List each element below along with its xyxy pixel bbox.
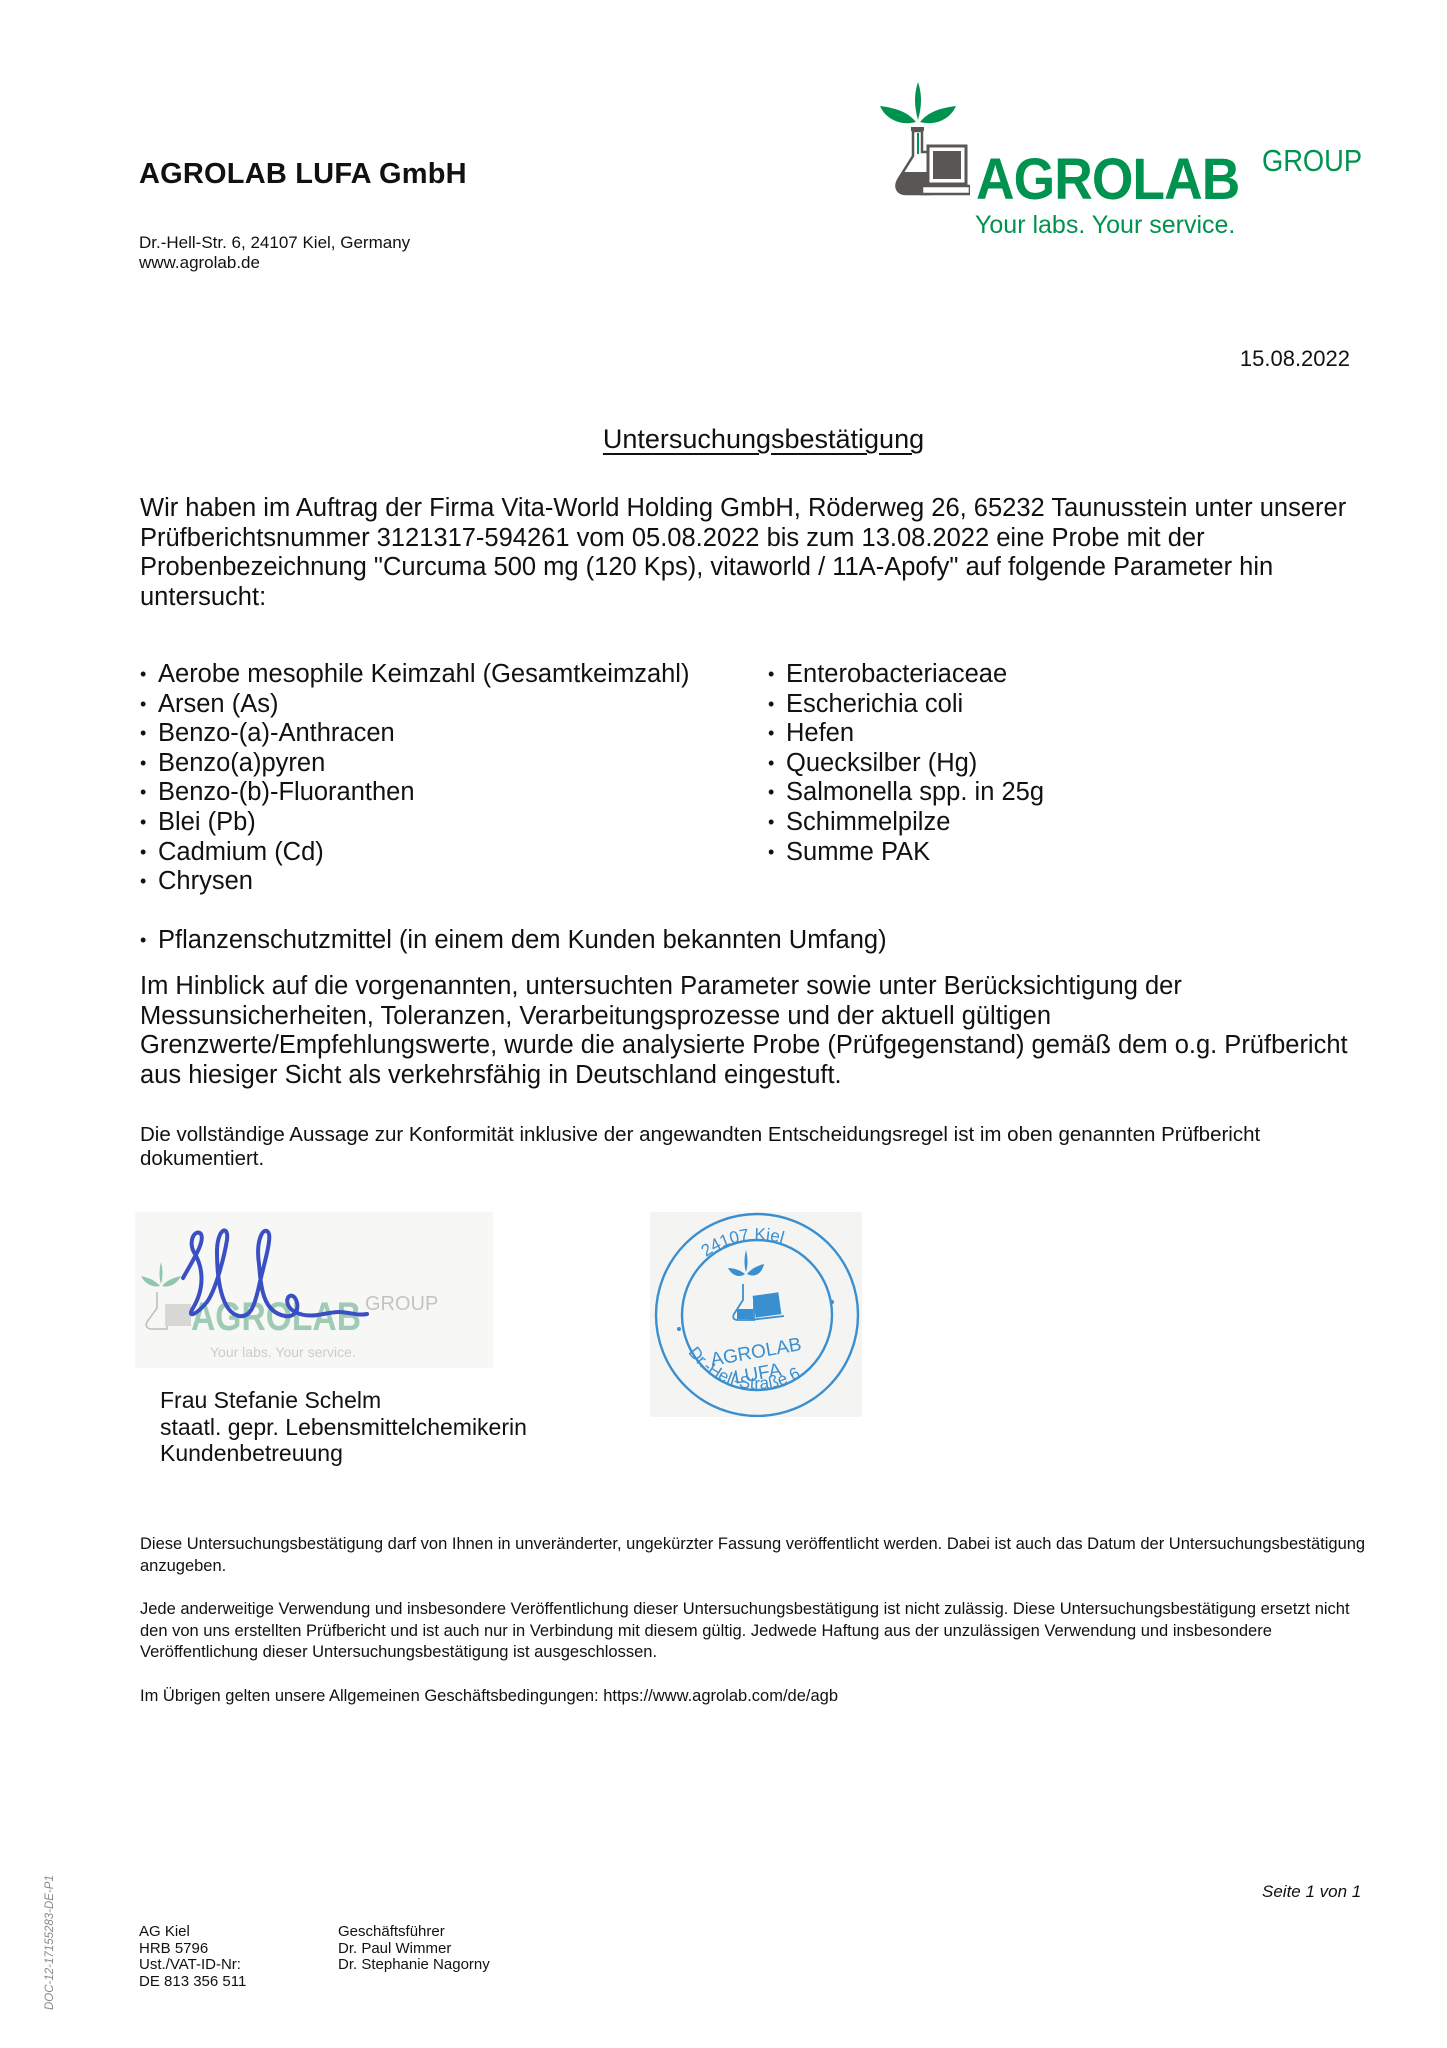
list-item: •Aerobe mesophile Keimzahl (Gesamtkeimza…: [140, 660, 689, 690]
bullet-icon: •: [768, 690, 774, 720]
parameter-list-right: •Enterobacteriaceae •Escherichia coli •H…: [768, 660, 1044, 867]
list-item: •Escherichia coli: [768, 690, 1044, 720]
footer-vat-label: Ust./VAT-ID-Nr:: [139, 1957, 246, 1974]
document-date: 15.08.2022: [1240, 346, 1350, 372]
list-item: •Chrysen: [140, 867, 689, 897]
svg-text:Your labs. Your service.: Your labs. Your service.: [210, 1344, 356, 1360]
parameter-list-left: •Aerobe mesophile Keimzahl (Gesamtkeimza…: [140, 660, 689, 897]
parameter-label: Benzo(a)pyren: [158, 749, 325, 777]
parameter-label: Salmonella spp. in 25g: [786, 778, 1044, 806]
disclaimer-terms: Im Übrigen gelten unsere Allgemeinen Ges…: [140, 1686, 1380, 1708]
company-stamp: 24107 Kiel Dr.-Hell-Straße 6 AGROLAB LUF…: [650, 1212, 862, 1417]
signature-image: AGROLAB GROUP Your labs. Your service.: [135, 1212, 493, 1368]
list-item: •Cadmium (Cd): [140, 838, 689, 868]
parameter-label: Cadmium (Cd): [158, 838, 324, 866]
bullet-icon: •: [768, 719, 774, 749]
footer-hrb: HRB 5796: [139, 1941, 246, 1958]
svg-text:24107 Kiel: 24107 Kiel: [698, 1225, 787, 1261]
parameter-label: Benzo-(a)-Anthracen: [158, 719, 395, 747]
bullet-icon: •: [768, 838, 774, 868]
footer-court: AG Kiel: [139, 1924, 246, 1941]
parameter-label: Blei (Pb): [158, 808, 256, 836]
list-item: •Arsen (As): [140, 690, 689, 720]
assessment-paragraph: Im Hinblick auf die vorgenannten, unters…: [140, 972, 1380, 1090]
list-item: •Quecksilber (Hg): [768, 749, 1044, 779]
list-item: •Benzo(a)pyren: [140, 749, 689, 779]
flask-laptop-sprout-icon: [878, 80, 970, 198]
title-text: Untersuchungsbestätigung: [603, 424, 924, 454]
bullet-icon: •: [140, 660, 146, 690]
disclaimer: Diese Untersuchungsbestätigung darf von …: [140, 1534, 1380, 1729]
footer-director: Dr. Stephanie Nagorny: [338, 1957, 490, 1974]
signatory-name: Frau Stefanie Schelm: [160, 1387, 527, 1414]
list-item: •Benzo-(b)-Fluoranthen: [140, 778, 689, 808]
bullet-icon: •: [140, 867, 146, 897]
page-number: Seite 1 von 1: [1262, 1882, 1361, 1902]
parameter-label: Enterobacteriaceae: [786, 660, 1007, 688]
svg-text:AGROLAB: AGROLAB: [191, 1295, 361, 1339]
bullet-icon: •: [768, 660, 774, 690]
address-line: Dr.-Hell-Str. 6, 24107 Kiel, Germany: [139, 233, 410, 253]
footer-director: Dr. Paul Wimmer: [338, 1941, 490, 1958]
footer-management: Geschäftsführer Dr. Paul Wimmer Dr. Step…: [338, 1924, 490, 1974]
parameter-label: Chrysen: [158, 867, 253, 895]
company-address: Dr.-Hell-Str. 6, 24107 Kiel, Germany www…: [139, 233, 410, 273]
signatory-role: staatl. gepr. Lebensmittelchemikerin: [160, 1414, 527, 1441]
logo-wordmark: AGROLAB: [976, 146, 1239, 213]
list-item: •Enterobacteriaceae: [768, 660, 1044, 690]
list-item: •Blei (Pb): [140, 808, 689, 838]
footer-management-label: Geschäftsführer: [338, 1924, 490, 1941]
signature-watermark-logo: AGROLAB GROUP Your labs. Your service.: [135, 1212, 493, 1368]
bullet-icon: •: [768, 808, 774, 838]
company-name: AGROLAB LUFA GmbH: [139, 158, 467, 191]
parameter-label: Pflanzenschutzmittel (in einem dem Kunde…: [158, 926, 887, 954]
parameter-label: Aerobe mesophile Keimzahl (Gesamtkeimzah…: [158, 660, 689, 688]
parameter-label: Hefen: [786, 719, 854, 747]
list-item: •Summe PAK: [768, 838, 1044, 868]
bullet-icon: •: [768, 749, 774, 779]
svg-text:GROUP: GROUP: [365, 1293, 438, 1315]
parameter-label: Arsen (As): [158, 690, 278, 718]
parameter-label: Summe PAK: [786, 838, 930, 866]
parameter-label: Escherichia coli: [786, 690, 963, 718]
agrolab-group-logo: AGROLAB GROUP Your labs. Your service.: [878, 80, 1378, 250]
disclaimer-publication: Diese Untersuchungsbestätigung darf von …: [140, 1534, 1380, 1577]
bullet-icon: •: [140, 749, 146, 779]
bullet-icon: •: [140, 926, 146, 956]
footer-vat-id: DE 813 356 511: [139, 1974, 246, 1991]
list-item: •Schimmelpilze: [768, 808, 1044, 838]
logo-tagline: Your labs. Your service.: [975, 211, 1235, 240]
stamp-seal-icon: 24107 Kiel Dr.-Hell-Straße 6 AGROLAB LUF…: [650, 1212, 862, 1417]
list-item: •Salmonella spp. in 25g: [768, 778, 1044, 808]
disclaimer-usage: Jede anderweitige Verwendung und insbeso…: [140, 1599, 1380, 1664]
logo-group-label: GROUP: [1262, 143, 1362, 179]
conformity-paragraph: Die vollständige Aussage zur Konformität…: [140, 1123, 1380, 1171]
bullet-icon: •: [768, 778, 774, 808]
intro-paragraph: Wir haben im Auftrag der Firma Vita-Worl…: [140, 494, 1370, 612]
list-item-full-width: •Pflanzenschutzmittel (in einem dem Kund…: [140, 926, 887, 956]
bullet-icon: •: [140, 778, 146, 808]
website-link[interactable]: www.agrolab.de: [139, 253, 410, 273]
document-title: Untersuchungsbestätigung: [0, 424, 1447, 455]
footer-registration: AG Kiel HRB 5796 Ust./VAT-ID-Nr: DE 813 …: [139, 1924, 246, 1990]
bullet-icon: •: [140, 808, 146, 838]
bullet-icon: •: [140, 719, 146, 749]
parameter-label: Schimmelpilze: [786, 808, 950, 836]
document-id: DOC-12-17155283-DE-P1: [44, 1875, 56, 2010]
signatory-department: Kundenbetreuung: [160, 1440, 527, 1467]
list-item: •Hefen: [768, 719, 1044, 749]
signatory-block: Frau Stefanie Schelm staatl. gepr. Leben…: [160, 1387, 527, 1467]
parameter-label: Benzo-(b)-Fluoranthen: [158, 778, 415, 806]
parameter-label: Quecksilber (Hg): [786, 749, 977, 777]
bullet-icon: •: [140, 690, 146, 720]
bullet-icon: •: [140, 838, 146, 868]
list-item: •Benzo-(a)-Anthracen: [140, 719, 689, 749]
